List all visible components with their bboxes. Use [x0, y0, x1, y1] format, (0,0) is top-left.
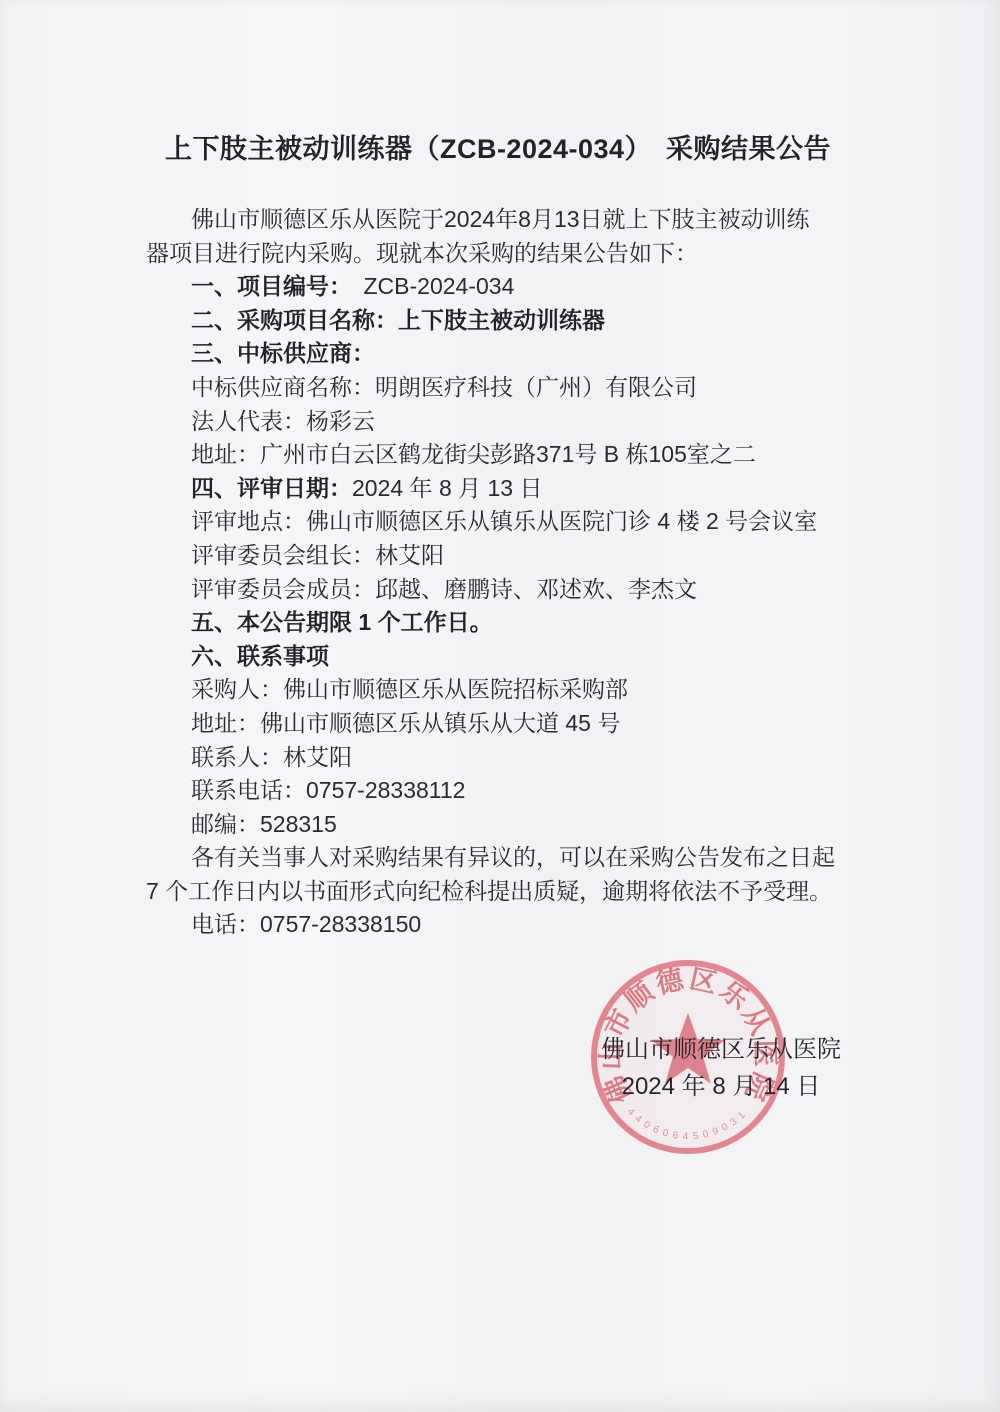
document-line: 联系人：林艾阳 [146, 741, 854, 775]
document-title: 上下肢主被动训练器（ZCB-2024-034） 采购结果公告 [142, 132, 854, 166]
document-line: 法人代表：杨彩云 [146, 405, 854, 439]
text-segment: 佛山市顺德区乐从医院于2024年8月13日就上下肢主被动训练 [191, 206, 810, 232]
signature-org: 佛山市顺德区乐从医院 [560, 1031, 882, 1068]
document-line: 联系电话：0757-28338112 [146, 774, 854, 808]
bold-text-segment: 一、项目编号： [191, 273, 341, 299]
scanned-document-page: 上下肢主被动训练器（ZCB-2024-034） 采购结果公告 佛山市顺德区乐从医… [0, 0, 1000, 1412]
text-segment: 联系电话：0757-28338112 [191, 777, 465, 803]
text-segment: 邮编：528315 [191, 811, 337, 837]
document-content: 上下肢主被动训练器（ZCB-2024-034） 采购结果公告 佛山市顺德区乐从医… [146, 132, 854, 942]
document-line: 7 个工作日内以书面形式向纪检科提出质疑，逾期将依法不予受理。 [146, 875, 854, 909]
document-line: 各有关当事人对采购结果有异议的，可以在采购公告发布之日起 [146, 841, 854, 875]
text-segment: 联系人：林艾阳 [191, 744, 352, 770]
document-line: 评审地点：佛山市顺德区乐从镇乐从医院门诊 4 楼 2 号会议室 [146, 505, 854, 539]
text-segment: 评审委员会组长：林艾阳 [191, 542, 444, 568]
text-segment: 地址：广州市白云区鹤龙街尖彭路371号 B 栋105室之二 [191, 441, 756, 467]
document-line: 地址：佛山市顺德区乐从镇乐从大道 45 号 [146, 707, 854, 741]
text-segment: 中标供应商名称：明朗医疗科技（广州）有限公司 [191, 374, 697, 400]
document-line: 一、项目编号： ZCB-2024-034 [146, 270, 854, 304]
bold-text-segment: 二、采购项目名称：上下肢主被动训练器 [191, 307, 605, 333]
document-line: 三、中标供应商： [146, 337, 854, 371]
text-segment: 评审地点：佛山市顺德区乐从镇乐从医院门诊 4 楼 2 号会议室 [191, 508, 817, 534]
document-line: 六、联系事项 [146, 640, 854, 674]
document-line: 四、评审日期：2024 年 8 月 13 日 [146, 472, 854, 506]
document-line: 佛山市顺德区乐从医院于2024年8月13日就上下肢主被动训练 [146, 203, 854, 237]
text-segment: 评审委员会成员：邱越、磨鹏诗、邓述欢、李杰文 [191, 576, 697, 602]
text-segment: 7 个工作日内以书面形式向纪检科提出质疑，逾期将依法不予受理。 [146, 878, 832, 904]
document-line: 中标供应商名称：明朗医疗科技（广州）有限公司 [146, 371, 854, 405]
bold-text-segment: 三、中标供应商： [191, 340, 375, 366]
signature-block: 佛山市顺德区乐从医院 2024 年 8 月 14 日 [560, 1031, 882, 1105]
document-line: 五、本公告期限 1 个工作日。 [146, 606, 854, 640]
document-line: 地址：广州市白云区鹤龙街尖彭路371号 B 栋105室之二 [146, 438, 854, 472]
document-body: 佛山市顺德区乐从医院于2024年8月13日就上下肢主被动训练器项目进行院内采购。… [146, 203, 854, 942]
document-line: 评审委员会组长：林艾阳 [146, 539, 854, 573]
text-segment: 各有关当事人对采购结果有异议的，可以在采购公告发布之日起 [191, 844, 835, 870]
bold-text-segment: 六、联系事项 [191, 643, 329, 669]
bold-text-segment: 四、评审日期： [191, 475, 352, 501]
text-segment: 电话：0757-28338150 [191, 911, 421, 937]
text-segment: 地址：佛山市顺德区乐从镇乐从大道 45 号 [191, 710, 620, 736]
bold-text-segment: 五、本公告期限 1 个工作日。 [191, 609, 493, 635]
text-segment: 器项目进行院内采购。现就本次采购的结果公告如下： [146, 240, 698, 266]
signature-date: 2024 年 8 月 14 日 [560, 1068, 882, 1105]
document-line: 邮编：528315 [146, 808, 854, 842]
document-line: 二、采购项目名称：上下肢主被动训练器 [146, 304, 854, 338]
text-segment: ZCB-2024-034 [341, 273, 515, 299]
text-segment: 法人代表：杨彩云 [191, 408, 375, 434]
document-line: 评审委员会成员：邱越、磨鹏诗、邓述欢、李杰文 [146, 573, 854, 607]
text-segment: 采购人：佛山市顺德区乐从医院招标采购部 [191, 676, 628, 702]
document-line: 采购人：佛山市顺德区乐从医院招标采购部 [146, 673, 854, 707]
document-line: 器项目进行院内采购。现就本次采购的结果公告如下： [146, 237, 854, 271]
text-segment: 2024 年 8 月 13 日 [352, 475, 543, 501]
